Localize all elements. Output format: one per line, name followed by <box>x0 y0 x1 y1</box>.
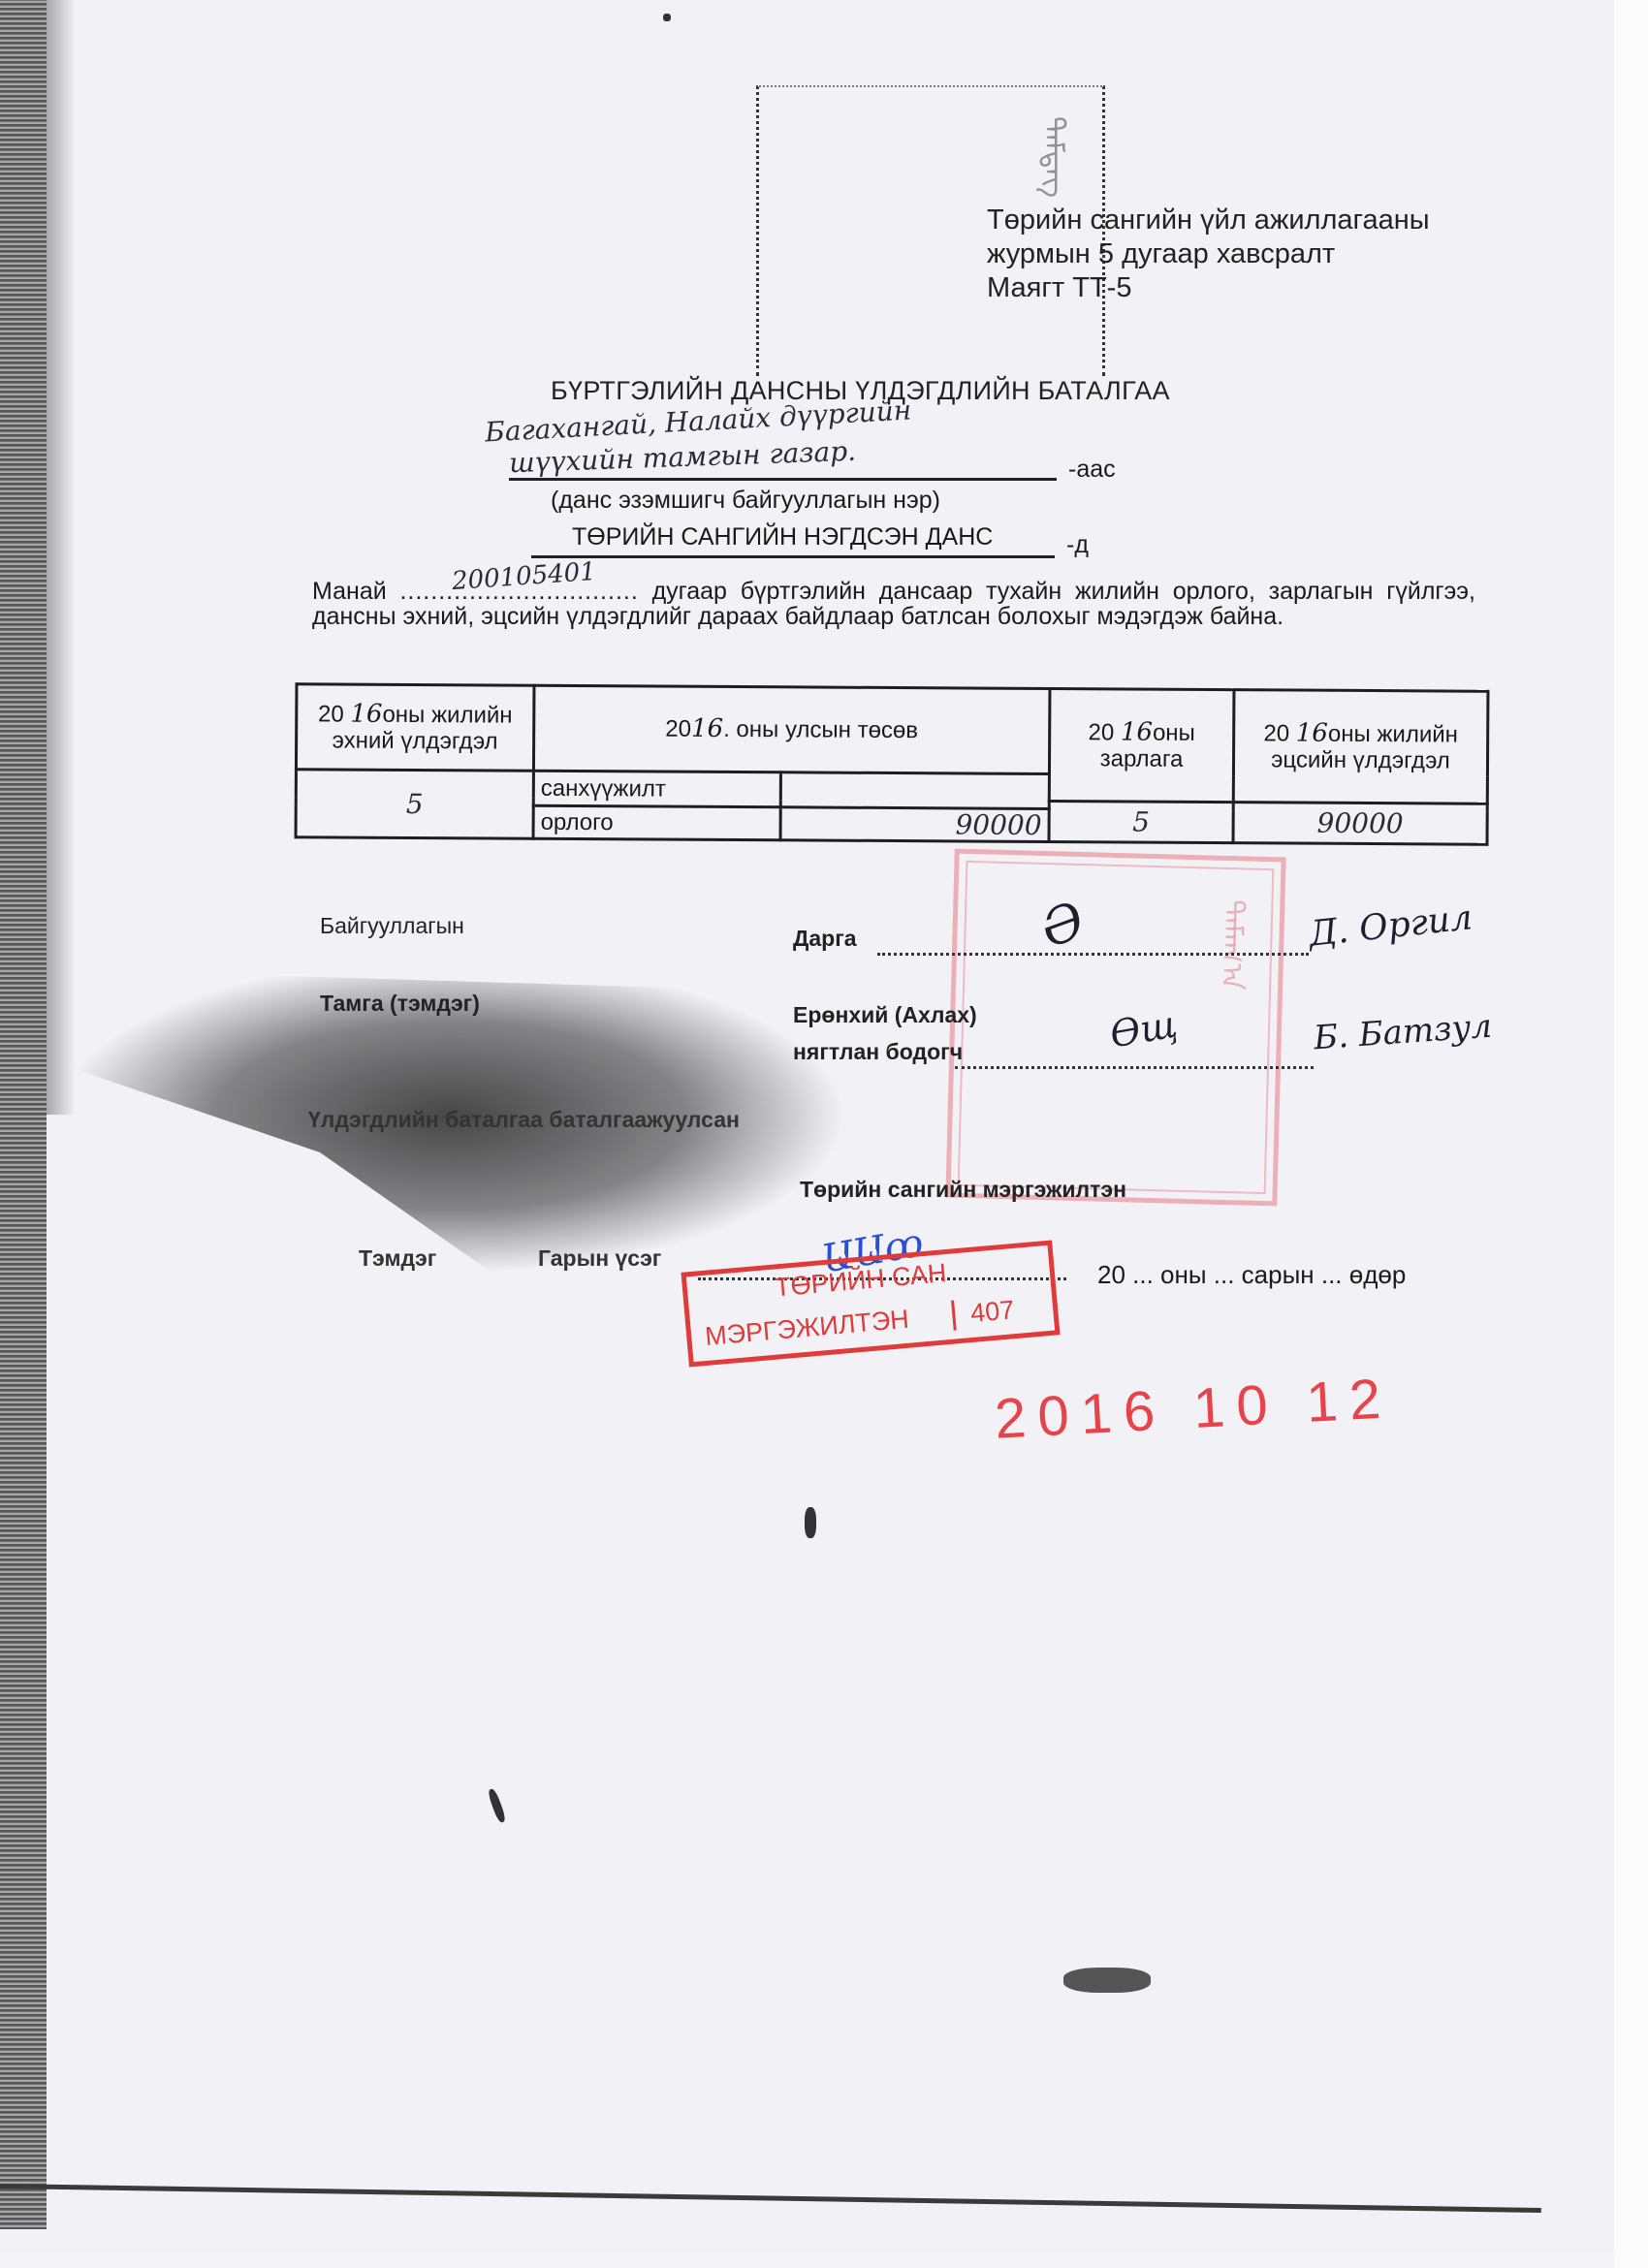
confirmed-label: Үлдэгдлийн баталгаа баталгаажуулсан <box>308 1107 740 1133</box>
handwritten-year: 16 <box>691 714 723 743</box>
page-edge <box>1614 0 1648 2268</box>
row-value-financing <box>780 772 1049 809</box>
stamp-line1: ТӨРИЙН САН <box>774 1258 948 1303</box>
paragraph-prefix: Манай <box>312 578 387 605</box>
org-caption: (данс эзэмшигч байгууллагын нэр) <box>551 487 940 515</box>
expenses-value: 5 <box>1049 801 1233 842</box>
handwritten-year: 16 <box>350 699 382 728</box>
scan-edge-noise <box>0 0 47 2229</box>
toner-speck <box>1063 1968 1151 1993</box>
date-line: 20 ... оны ... сарын ... өдөр <box>1097 1260 1406 1290</box>
closing-balance-value: 90000 <box>1233 803 1487 845</box>
director-label: Дарга <box>793 926 857 952</box>
treasury-account: ТӨРИЙН САНГИЙН НЭГДСЭН ДАНС <box>572 523 993 551</box>
stamp-label: Тэмдэг <box>359 1245 436 1272</box>
handwritten-year: 16 <box>1121 717 1153 746</box>
header-closing-balance: 20 16оны жилийн эцсийн үлдэгдэл <box>1233 690 1488 804</box>
stamp-number: 407 <box>951 1295 1016 1330</box>
confirmation-paragraph: Манай ............................... ду… <box>312 579 1475 629</box>
seal-label: Тамга (тэмдэг) <box>320 991 480 1017</box>
row-label-financing: санхүүжилт <box>533 771 780 807</box>
accountant-signature-line <box>955 1066 1314 1069</box>
accountant-label-line2: нягтлан бодогч <box>793 1039 963 1065</box>
row-label-income: орлого <box>533 805 780 840</box>
header-opening-balance: 20 16оны жилийн эхний үлдэгдэл <box>296 684 534 771</box>
attachment-note-line3: Маягт ТТ-5 <box>987 271 1430 305</box>
org-name-underline <box>509 478 1057 481</box>
treasury-specialist-label: Төрийн сангийн мэргэжилтэн <box>800 1177 1126 1203</box>
scan-edge-fade <box>47 0 76 1115</box>
header-state-budget: 2016. оны улсын төсөв <box>533 685 1050 773</box>
toner-speck <box>805 1507 816 1538</box>
opening-balance-value: 5 <box>296 770 533 838</box>
org-label: Байгууллагын <box>320 913 464 939</box>
handwritten-year: 16 <box>1296 718 1328 747</box>
director-signature-line <box>877 953 1309 956</box>
stamp-line2: МЭРГЭЖИЛТЭН <box>704 1305 910 1352</box>
treasury-account-underline <box>531 555 1055 558</box>
treasury-suffix: -д <box>1066 531 1089 559</box>
attachment-note-line2: журмын 5 дугаар хавсралт <box>987 237 1430 271</box>
row-value-income: 90000 <box>780 807 1049 842</box>
registration-number-dots: ............................... <box>399 578 638 605</box>
attachment-note: Төрийн сангийн үйл ажиллагааны журмын 5 … <box>987 204 1430 305</box>
signature-label: Гарын үсэг <box>538 1245 661 1272</box>
accountant-label-line1: Ерөнхий (Ахлах) <box>793 1002 977 1028</box>
org-suffix: -аас <box>1068 456 1116 484</box>
toner-speck <box>663 14 671 21</box>
balance-table: 20 16оны жилийн эхний үлдэгдэл 2016. оны… <box>295 682 1490 846</box>
attachment-note-line1: Төрийн сангийн үйл ажиллагааны <box>987 204 1430 237</box>
header-expenses: 20 16оны зарлага <box>1049 688 1234 802</box>
